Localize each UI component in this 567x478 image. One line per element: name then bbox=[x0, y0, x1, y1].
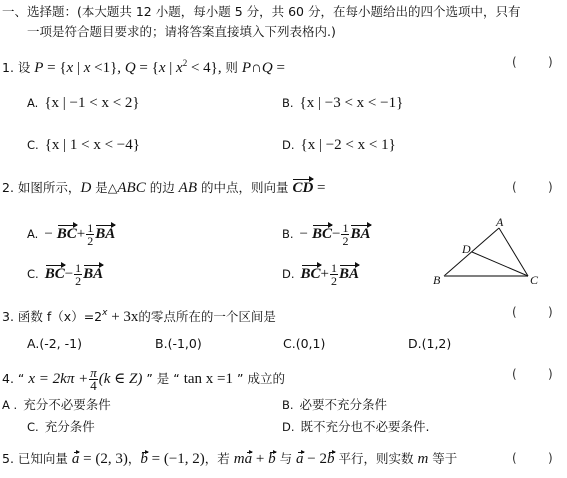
answer-blank-open: ( bbox=[512, 367, 517, 381]
question-number: 1. bbox=[2, 60, 14, 75]
q2-option-b[interactable]: B.− BC−12BA bbox=[282, 222, 371, 247]
section-title-line2: 一项是符合题目要求的；请将答案直接填入下列表格内.) bbox=[27, 24, 336, 40]
q2-option-d[interactable]: D.BC+12BA bbox=[282, 262, 359, 287]
side-ab bbox=[444, 228, 499, 276]
q1-option-c[interactable]: C.{x | 1 < x < −4} bbox=[27, 137, 140, 153]
q2-option-c[interactable]: C.BC−12BA bbox=[27, 262, 103, 287]
answer-blank-close: ) bbox=[548, 55, 553, 69]
q4-option-d[interactable]: D.既不充分也不必要条件. bbox=[282, 419, 430, 435]
question-2-stem: 2. 如图所示，D 是△ABC 的边 AB 的中点，则向量 CD = bbox=[2, 180, 326, 196]
answer-blank-open: ( bbox=[512, 55, 517, 69]
question-5-stem: 5. 已知向量 a = (2, 3)，b = (−1, 2)，若 ma + b … bbox=[2, 451, 457, 467]
vertex-label-a: A bbox=[495, 215, 504, 229]
question-1-stem: 1. 设 P = {x | x <1}, Q = {x | x2 < 4}, 则… bbox=[2, 55, 285, 76]
question-4-stem: 4. “ x = 2kπ +π4(k ∈ Z) ” 是 “ tan x =1 ”… bbox=[2, 367, 285, 392]
answer-blank-close: ) bbox=[548, 180, 553, 194]
vertex-label-d: D bbox=[461, 242, 471, 256]
q1-option-b[interactable]: B.{x | −3 < x < −1} bbox=[282, 95, 403, 111]
answer-blank-open: ( bbox=[512, 180, 517, 194]
answer-blank-close: ) bbox=[548, 451, 553, 465]
answer-blank-close: ) bbox=[548, 305, 553, 319]
answer-blank-close: ) bbox=[548, 367, 553, 381]
q1-option-d[interactable]: D.{x | −2 < x < 1} bbox=[282, 137, 396, 153]
section-title-line1: 一、选择题：(本大题共 12 小题，每小题 5 分，共 60 分，在每小题给出的… bbox=[2, 4, 520, 20]
question-number: 4. bbox=[2, 371, 14, 386]
q4-option-b[interactable]: B.必要不充分条件 bbox=[282, 397, 387, 413]
q3-option-c[interactable]: C.(0,1) bbox=[283, 336, 325, 352]
question-number: 2. bbox=[2, 180, 14, 195]
q2-option-a[interactable]: A.− BC+12BA bbox=[27, 222, 115, 247]
segment-cd bbox=[472, 252, 528, 276]
question-number: 3. bbox=[2, 309, 14, 324]
q4-option-a[interactable]: A .充分不必要条件 bbox=[2, 397, 111, 413]
q1-option-a[interactable]: A.{x | −1 < x < 2} bbox=[27, 95, 140, 111]
vertex-label-c: C bbox=[530, 273, 539, 287]
side-ac bbox=[499, 228, 528, 276]
q4-option-c[interactable]: C.充分条件 bbox=[27, 419, 95, 435]
q3-option-a[interactable]: A.(-2, -1) bbox=[27, 336, 82, 352]
triangle-abc-figure: A D B C bbox=[430, 215, 567, 290]
vertex-label-b: B bbox=[433, 273, 441, 287]
question-3-stem: 3. 函数 f（x）=2x + 3x的零点所在的一个区间是 bbox=[2, 305, 276, 325]
q3-option-d[interactable]: D.(1,2) bbox=[408, 336, 451, 352]
answer-blank-open: ( bbox=[512, 305, 517, 319]
answer-blank-open: ( bbox=[512, 451, 517, 465]
q3-option-b[interactable]: B.(-1,0) bbox=[155, 336, 202, 352]
question-number: 5. bbox=[2, 451, 14, 466]
